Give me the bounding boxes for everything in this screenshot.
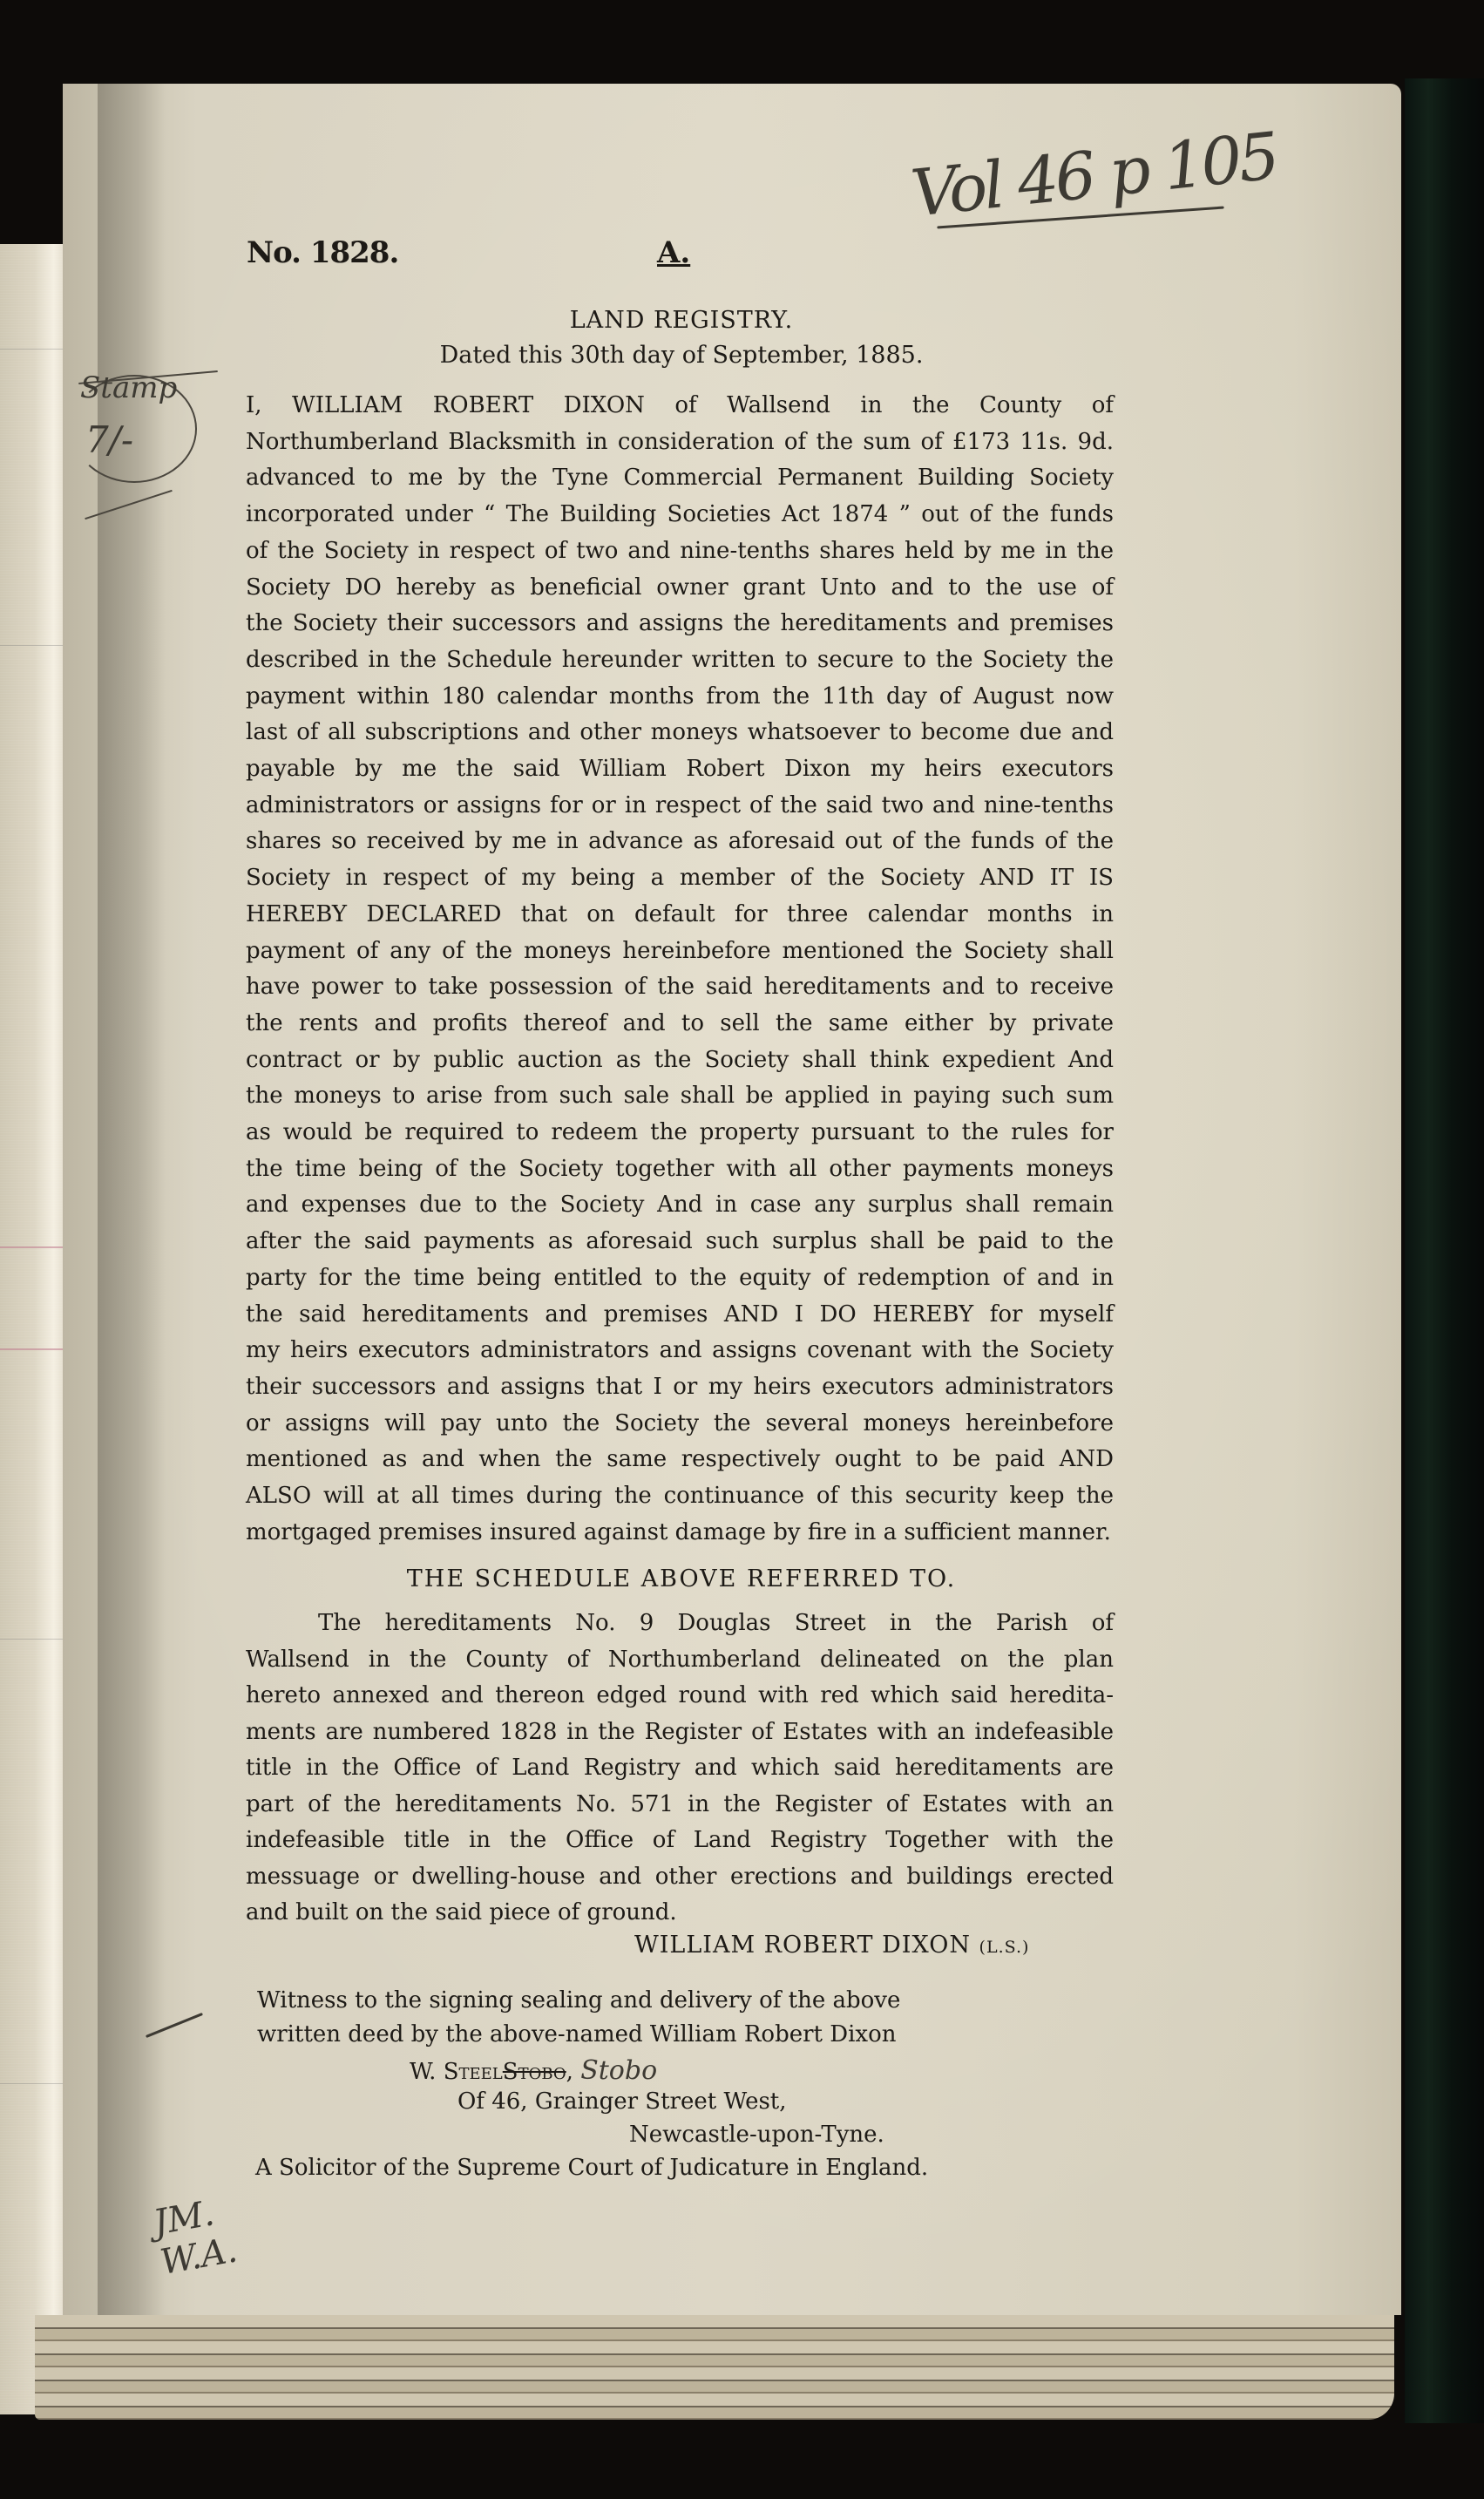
deed-text-line: of the Society in respect of two and nin… bbox=[246, 538, 1114, 564]
deed-text-line: payment of any of the moneys hereinbefor… bbox=[246, 938, 1114, 964]
witness-name-struck: Stobo bbox=[503, 2059, 566, 2085]
document-title: LAND REGISTRY. bbox=[0, 307, 1363, 334]
deed-text-line: ALSO will at all times during the contin… bbox=[246, 1483, 1114, 1509]
deed-text-line: mortgaged premises insured against damag… bbox=[246, 1519, 1114, 1545]
deed-text-line: the moneys to arise from such sale shall… bbox=[246, 1083, 1114, 1109]
schedule-text-line: ments are numbered 1828 in the Register … bbox=[246, 1719, 1114, 1745]
stamp-annotation-text: Stamp bbox=[80, 370, 177, 405]
deed-text-line: advanced to me by the Tyne Commercial Pe… bbox=[246, 465, 1114, 491]
deed-text-line: after the said payments as aforesaid suc… bbox=[246, 1228, 1114, 1254]
deed-text-line: last of all subscriptions and other mone… bbox=[246, 719, 1114, 745]
deed-text-line: Northumberland Blacksmith in considerati… bbox=[246, 429, 1114, 455]
deed-text-line: administrators or assigns for or in resp… bbox=[246, 792, 1114, 818]
witness-name-handwritten-correction: Stobo bbox=[580, 2055, 657, 2086]
page-stack-edges bbox=[35, 2315, 1394, 2420]
seal-mark: (L.S.) bbox=[979, 1938, 1030, 1957]
signature-block: WILLIAM ROBERT DIXON (L.S.) bbox=[634, 1932, 1029, 1959]
deed-text-line: party for the time being entitled to the… bbox=[246, 1265, 1114, 1291]
deed-text-line: the time being of the Society together w… bbox=[246, 1156, 1114, 1182]
document-number: No. 1828. bbox=[247, 235, 398, 270]
deed-text-line: my heirs executors administrators and as… bbox=[246, 1337, 1114, 1363]
deed-text-line: contract or by public auction as the Soc… bbox=[246, 1047, 1114, 1073]
deed-text-line: their successors and assigns that I or m… bbox=[246, 1374, 1114, 1400]
deed-text-line: the said hereditaments and premises AND … bbox=[246, 1301, 1114, 1328]
deed-text-line: or assigns will pay unto the Society the… bbox=[246, 1410, 1114, 1436]
deed-text-line: mentioned as and when the same respectiv… bbox=[246, 1446, 1114, 1472]
witness-name-comma: , bbox=[566, 2059, 573, 2085]
signatory-name: WILLIAM ROBERT DIXON bbox=[634, 1932, 971, 1959]
witness-name-printed: W. Steel bbox=[410, 2059, 503, 2085]
witness-address-2: Newcastle-upon-Tyne. bbox=[629, 2122, 884, 2148]
schedule-heading: THE SCHEDULE ABOVE REFERRED TO. bbox=[0, 1565, 1363, 1592]
deed-text-line: HEREBY DECLARED that on default for thre… bbox=[246, 901, 1114, 927]
date-line: Dated this 30th day of September, 1885. bbox=[0, 342, 1363, 369]
deed-text-line: described in the Schedule hereunder writ… bbox=[246, 647, 1114, 673]
schedule-text-line: and built on the said piece of ground. bbox=[246, 1899, 1114, 1925]
schedule-text-line: part of the hereditaments No. 571 in the… bbox=[246, 1791, 1114, 1817]
form-letter: A. bbox=[657, 235, 690, 270]
deed-text-line: Society in respect of my being a member … bbox=[246, 865, 1114, 891]
deed-text-line: Society DO hereby as beneficial owner gr… bbox=[246, 574, 1114, 601]
deed-text-line: the Society their successors and assigns… bbox=[246, 610, 1114, 636]
deed-text-line: shares so received by me in advance as a… bbox=[246, 828, 1114, 854]
handwritten-initials: JM. W.A. bbox=[151, 2190, 241, 2283]
schedule-text-line: The hereditaments No. 9 Douglas Street i… bbox=[318, 1610, 1114, 1636]
witness-title: A Solicitor of the Supreme Court of Judi… bbox=[255, 2155, 928, 2181]
witness-name: W. SteelStobo, Stobo bbox=[410, 2055, 657, 2086]
witness-line-1: Witness to the signing sealing and deliv… bbox=[257, 1987, 900, 2013]
deed-text-line: payable by me the said William Robert Di… bbox=[246, 756, 1114, 782]
witness-address-1: Of 46, Grainger Street West, bbox=[457, 2088, 787, 2115]
schedule-text-line: hereto annexed and thereon edged round w… bbox=[246, 1682, 1114, 1708]
stamp-annotation-amount: 7/- bbox=[85, 418, 133, 461]
deed-text-line: the rents and profits thereof and to sel… bbox=[246, 1010, 1114, 1036]
witness-line-2: written deed by the above-named William … bbox=[257, 2021, 896, 2047]
schedule-text-line: messuage or dwelling-house and other ere… bbox=[246, 1864, 1114, 1890]
deed-text-line: and expenses due to the Society And in c… bbox=[246, 1192, 1114, 1218]
deed-text-line: I, WILLIAM ROBERT DIXON of Wallsend in t… bbox=[246, 392, 1114, 418]
schedule-text-line: title in the Office of Land Registry and… bbox=[246, 1755, 1114, 1781]
deed-text-line: have power to take possession of the sai… bbox=[246, 974, 1114, 1000]
deed-text-line: incorporated under “ The Building Societ… bbox=[246, 501, 1114, 527]
deed-text-line: as would be required to redeem the prope… bbox=[246, 1119, 1114, 1145]
schedule-text-line: Wallsend in the County of Northumberland… bbox=[246, 1647, 1114, 1673]
schedule-text-line: indefeasible title in the Office of Land… bbox=[246, 1827, 1114, 1853]
deed-text-line: payment within 180 calendar months from … bbox=[246, 683, 1114, 710]
book-cover-edge bbox=[1405, 78, 1484, 2423]
